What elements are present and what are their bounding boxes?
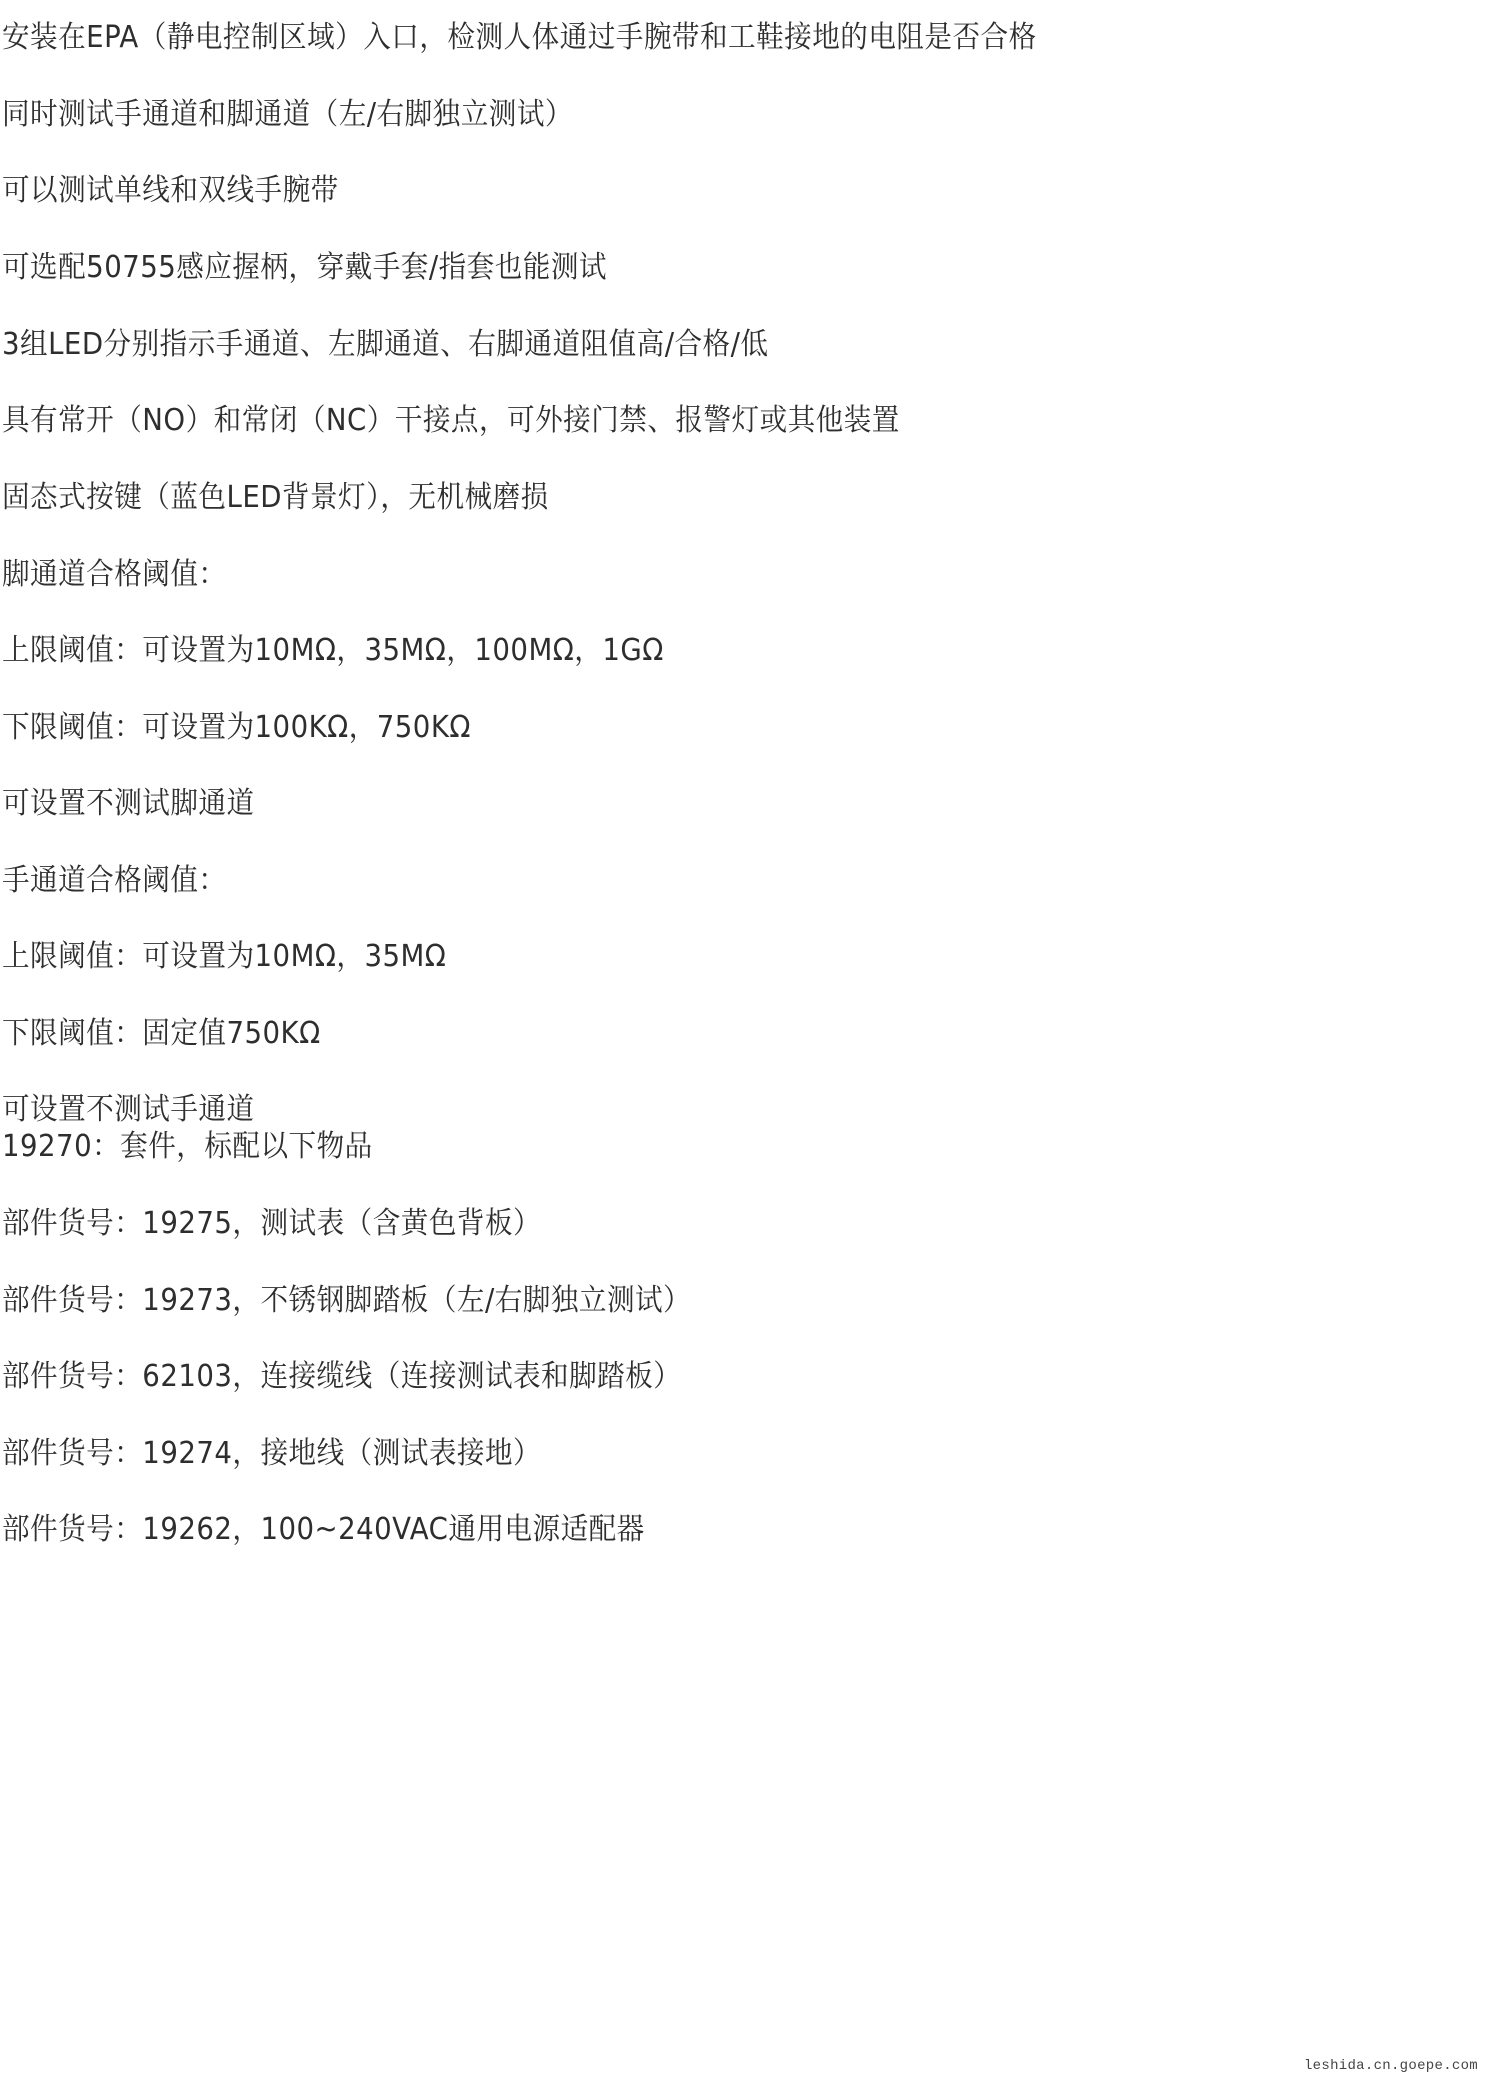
feature-led-indicators: 3组LED分别指示手通道、左脚通道、右脚通道阻值高/合格/低	[2, 325, 768, 365]
kit-part-19273: 部件货号：19273，不锈钢脚踏板（左/右脚独立测试）	[2, 1281, 691, 1321]
kit-heading: 19270：套件，标配以下物品	[2, 1127, 373, 1167]
feature-simultaneous-test: 同时测试手通道和脚通道（左/右脚独立测试）	[2, 95, 573, 135]
foot-channel-disable-note: 可设置不测试脚通道	[2, 784, 255, 824]
feature-wriststrap-types: 可以测试单线和双线手腕带	[2, 171, 339, 211]
feature-dry-contacts: 具有常开（NO）和常闭（NC）干接点，可外接门禁、报警灯或其他装置	[2, 401, 900, 441]
feature-optional-handle: 可选配50755感应握柄，穿戴手套/指套也能测试	[2, 248, 607, 288]
foot-channel-heading: 脚通道合格阈值：	[2, 555, 226, 595]
hand-channel-disable-note: 可设置不测试手通道	[2, 1090, 255, 1130]
kit-part-19275: 部件货号：19275，测试表（含黄色背板）	[2, 1204, 541, 1244]
hand-channel-heading: 手通道合格阈值：	[2, 861, 226, 901]
kit-part-62103: 部件货号：62103，连接缆线（连接测试表和脚踏板）	[2, 1357, 681, 1397]
kit-part-19262: 部件货号：19262，100~240VAC通用电源适配器	[2, 1510, 645, 1550]
foot-channel-lower-limit: 下限阈值：可设置为100KΩ，750KΩ	[2, 708, 471, 748]
foot-channel-upper-limit: 上限阈值：可设置为10MΩ，35MΩ，100MΩ，1GΩ	[2, 631, 664, 671]
kit-part-19274: 部件货号：19274，接地线（测试表接地）	[2, 1434, 541, 1474]
feature-epa-entrance: 安装在EPA（静电控制区域）入口，检测人体通过手腕带和工鞋接地的电阻是否合格	[2, 18, 1037, 58]
product-spec-document: 安装在EPA（静电控制区域）入口，检测人体通过手腕带和工鞋接地的电阻是否合格 同…	[0, 0, 1500, 2080]
hand-channel-upper-limit: 上限阈值：可设置为10MΩ，35MΩ	[2, 937, 446, 977]
hand-channel-lower-limit: 下限阈值：固定值750KΩ	[2, 1014, 321, 1054]
site-watermark: leshida.cn.goepe.com	[1304, 2058, 1478, 2074]
feature-solid-state-keys: 固态式按键（蓝色LED背景灯），无机械磨损	[2, 478, 549, 518]
